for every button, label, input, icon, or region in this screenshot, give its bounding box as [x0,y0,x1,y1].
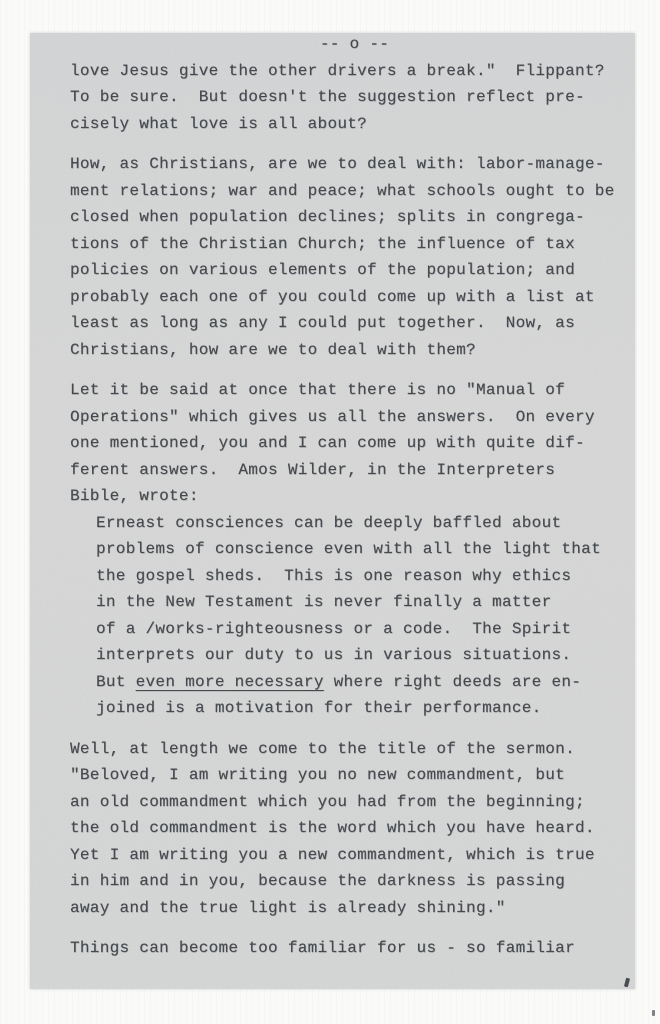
document-page: -- o -- love Jesus give the other driver… [30,33,635,989]
paragraph-too-familiar: Things can become too familiar for us - … [70,935,627,962]
paragraph-manual-of-operations: Let it be said at once that there is no … [70,377,627,510]
paragraph-how-as-christians: How, as Christians, are we to deal with:… [70,151,627,363]
paragraph-title-of-sermon: Well, at length we come to the title of … [70,736,627,922]
page-content: -- o -- love Jesus give the other driver… [30,33,635,962]
scan-artifact-speck [652,1010,655,1016]
paragraph-flippant: love Jesus give the other drivers a brea… [70,58,627,138]
quote-text-before-underline: Erneast consciences can be deeply baffle… [96,514,601,691]
block-quote-amos-wilder: Erneast consciences can be deeply baffle… [70,510,627,722]
page-number-marker: -- o -- [70,33,627,58]
underlined-text: even more necessary [136,673,324,691]
